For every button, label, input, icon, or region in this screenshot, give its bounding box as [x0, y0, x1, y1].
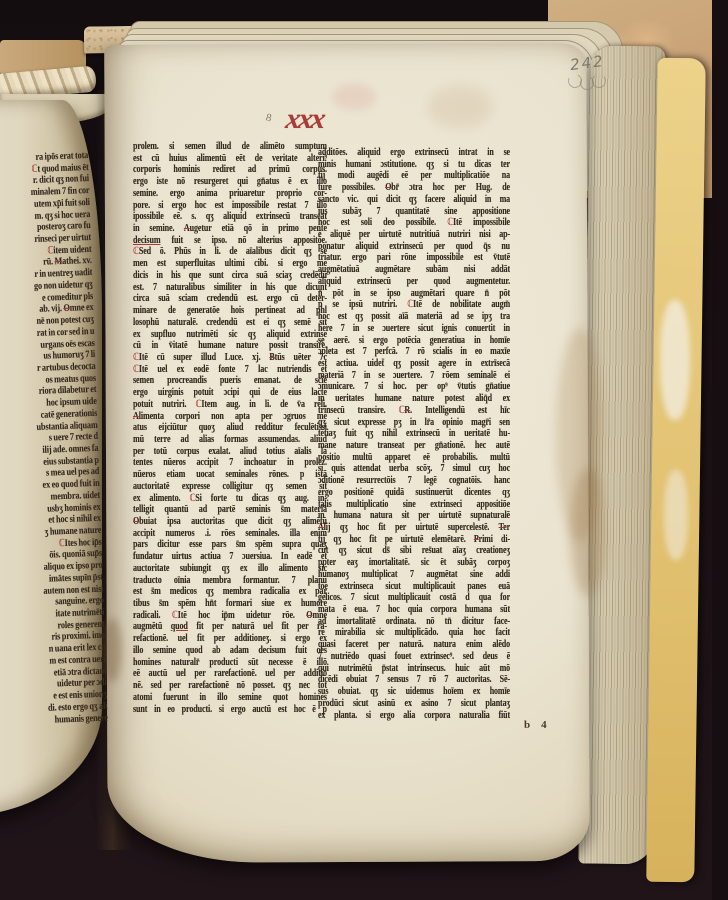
- text-line: mane nature transeat per gn̄ationē. hec …: [318, 440, 510, 452]
- page-stain: [570, 468, 606, 596]
- text-line: ℂItē cū super illud Luce. xj. Btūs uēter…: [133, 352, 327, 364]
- text-line: materiā 7 in se ɔuertere. 7 rōem seminal…: [318, 370, 510, 382]
- text-line: ppter eaʒ imortalitatē. sic ēt subāʒ cor…: [318, 557, 510, 569]
- text-line: tibus s̄m spēm hn̄t formari siue ex humo…: [133, 598, 327, 610]
- text-line: positio multū apparet eē probabilis. mul…: [318, 452, 510, 464]
- text-line: losophū naturalē. credendū est ei qʒ sem…: [133, 317, 327, 329]
- text-line: tētiaʒ fuit qʒ nihil extrinsecū in uerit…: [318, 428, 510, 440]
- text-line: ē aliquē per uirtutē nutritiuā nutriri n…: [318, 229, 510, 241]
- text-line: ad imortalitatē ordinata. nō tn̄ dicitur…: [318, 616, 510, 628]
- text-line: prolem. si semen illud de alimēto sumptu…: [133, 141, 327, 153]
- text-line: minis humani ɔstitutione. qʒ si tu dicas…: [318, 159, 510, 171]
- text-line: radicali. ℂItē hoc ip̄m uidetur rōe. Omn…: [133, 610, 327, 622]
- text-line: circa suā sciam credendū est. ergo cū de…: [133, 293, 327, 305]
- book-photograph: 242 8 xxx ra ipōs erat totaℂt quod maius…: [0, 0, 728, 900]
- text-line: ergo uirginis potuit ɔcipi qui de eius l…: [133, 387, 327, 399]
- quire-signature: b4: [524, 719, 547, 731]
- text-line: est cū huius alimentū eēt de veritate al…: [133, 153, 327, 165]
- foxing-spot: [428, 86, 492, 128]
- text-line: dicis in his que sunt circa suā sciaʒ cr…: [133, 270, 327, 282]
- text-line: sus obuiat. qʒ sic uidemus hoīem ex homī…: [318, 686, 510, 698]
- text-line: tōe extrinseca sicut multiplicauit panes…: [318, 581, 510, 593]
- text-line: ponatur aliquid extrinsecū per quod q̄s …: [318, 241, 510, 253]
- text-line: men est superfluitas ultimi cibi. si erg…: [133, 258, 327, 270]
- text-line: sancto vic. qui dicit qʒ facere aliquid …: [318, 194, 510, 206]
- text-line: hoc est soli deo possibile. ℂItē impossi…: [318, 217, 510, 229]
- text-line: homines naturalr̄ producti sūt necesse ē…: [133, 657, 327, 669]
- text-line: dicēdi obuiat 7 sensus 7 rō 7 auctoritas…: [318, 674, 510, 686]
- text-column-left: prolem. si semen illud de alimēto sumptu…: [133, 141, 327, 715]
- text-line: triatur. ergo pari rōne impossibile est …: [318, 252, 510, 264]
- text-line: here 7 in se ɔuertere sicut ignis conuer…: [318, 323, 510, 335]
- text-line: n̄ pōt in se ipso augmētari quare n̄ pōt: [318, 288, 510, 300]
- text-line: auctoritate subiungit qʒ ex illo aliment…: [133, 563, 327, 575]
- text-line: atus eijciūtur quoʒ aliud redditur fecul…: [133, 422, 327, 434]
- text-line: telligit quantū ad partē seminis s̄m mat…: [133, 504, 327, 516]
- text-line: potuit nutriri. ℂItem aug. in li. de v̄a…: [133, 399, 327, 411]
- text-line: ɔmunicare. 7 si hoc. per op⁹ v̄tutis gn̄…: [318, 381, 510, 393]
- text-line: ɔditionē resurrectōis 7 legē cognatōis. …: [318, 475, 510, 487]
- text-line: qʒ sicut expresse pʒ in lr̄a opinio magr…: [318, 417, 510, 429]
- text-line: aliquid extrinsecū per quod augmentetur.: [318, 276, 510, 288]
- text-line: ergo iste nō resurgeret qui gn̄atus ē ex…: [133, 176, 327, 188]
- text-line: ture possibiles. Obr̄ ɔtra hoc per Hug. …: [318, 182, 510, 194]
- text-line: decisum fuit se ipso. nō alterius apposi…: [133, 235, 327, 247]
- text-line: est actiua. uidet̄ qʒ possit agere in ex…: [318, 358, 510, 370]
- text-line: ipossibile eē. s. qʒ aliquid extrinsecū …: [133, 211, 327, 223]
- signature-number: 4: [530, 719, 547, 731]
- text-line: prodūci sicut asinū ex asino 7 sicut pla…: [318, 698, 510, 710]
- text-column-right: additōes. aliquid ergo extrinsecū intrat…: [318, 147, 510, 721]
- text-line: ex planta. si ergo alia corpora naturali…: [318, 710, 510, 722]
- text-line: pore. si ergo hoc est impossibile restat…: [133, 200, 327, 212]
- text-line: mū terre ad alias formas assumendas. ali…: [133, 434, 327, 446]
- text-line: se aerē. si ergo potēcia generatiua in h…: [318, 335, 510, 347]
- text-line: per totū corpus exalat. aliud totius aīa…: [133, 446, 327, 458]
- text-line: sunt in eo producti. si ergo auctū est h…: [133, 704, 327, 716]
- text-line: corporis hominis rediret ad primū corpus…: [133, 164, 327, 176]
- text-line: est s̄m medicos qʒ membra radicalia ex p…: [133, 586, 327, 598]
- background-edge: [712, 0, 728, 900]
- text-line: mata ē eua. 7 hoc quia corpora humana sū…: [318, 604, 510, 616]
- text-line: tij qʒ hoc fit pe uirtutē elemētarē. Pri…: [318, 534, 510, 546]
- text-line: ɔpleta est 7 perfcā. 7 rō scialis in eo …: [318, 346, 510, 358]
- text-line: est. 7 naturalibus similiter in his que …: [133, 282, 327, 294]
- cover-wear-patch: [664, 470, 688, 560]
- text-line: traducto oīnia membra formantur. 7 planū: [133, 575, 327, 587]
- text-line: fundatur uirtus actiua 7 ɔuersiua. In ea…: [133, 551, 327, 563]
- text-line: in humana natura sit per uirtutē supnatu…: [318, 510, 510, 522]
- text-line: tij modi augēdi eē per multiplicatiōe na: [318, 170, 510, 182]
- text-line: auctoritatē expresse colligitur qʒ semen…: [133, 481, 327, 493]
- text-line: augmētū quod fit per naturā uel fit per …: [133, 621, 327, 633]
- text-line: illo semine quod ab adam decisum fuit oē…: [133, 645, 327, 657]
- text-line: minare de generatōe hois pertineat ad ph…: [133, 305, 327, 317]
- ink-showthrough: [332, 84, 376, 110]
- text-line: qui nutrimētū p̄stat intrinsecus. huic a…: [318, 663, 510, 675]
- text-line: 7 nutriēdo quasi fouet extrinsec⁹. sed d…: [318, 651, 510, 663]
- cover-wear-patch: [660, 300, 690, 420]
- text-line: pars dicitur esse pars s̄m spēm supra qu…: [133, 539, 327, 551]
- text-line: semine. ergo anima priuaretur proprio co…: [133, 188, 327, 200]
- text-line: nē. sed per rarefactionē nō posset. qʒ n…: [133, 680, 327, 692]
- text-line: Alimenta corpori non apta per ɔgruos me: [133, 411, 327, 423]
- text-line: re mirabilia sic multiplicādo. quia hoc …: [318, 627, 510, 639]
- text-line: tentes nūeros accipit 7 inchoatur in pro…: [133, 457, 327, 469]
- text-line: ℂSed ō. Phūs in li. de aīalibus dicit qʒ…: [133, 246, 327, 258]
- text-line: eē auctū uel per rarefactionē. uel per a…: [133, 668, 327, 680]
- text-line: si quis attendat uerba scōʒ. 7 simul cuʒ…: [318, 463, 510, 475]
- text-line: p se ipsū nutriri. ℂItē de nobilitate au…: [318, 299, 510, 311]
- text-line: talis multiplicatio sine extrinseci appo…: [318, 499, 510, 511]
- text-line: ex supfluo nutrimēti sic qʒ aliquid extr…: [133, 329, 327, 341]
- text-line: atomi fuerunt in illo semine quot homine…: [133, 692, 327, 704]
- text-line: in semine. Augetur etiā qō in primo pent…: [133, 223, 327, 235]
- text-line: Alij qʒ hoc fit per uirtutē supercelestē…: [318, 522, 510, 534]
- text-line: additōes. aliquid ergo extrinsecū intrat…: [318, 147, 510, 159]
- text-line: refactionē. uel fit per additioneʒ. si e…: [133, 633, 327, 645]
- text-line: semen procreandis pueris emanat. de scie: [133, 375, 327, 387]
- text-line: in ueritates humane nature potest aliq̄d…: [318, 393, 510, 405]
- text-line: hoc est qʒ possit aīā materiā ad se ipʒ …: [318, 311, 510, 323]
- text-line: humanoʒ multiplicat 7 augmētat sine addi: [318, 569, 510, 581]
- text-line: ex alimento. ℂSi forte tu dicas qʒ aug. …: [133, 493, 327, 505]
- text-line: trinsecū transire. ℂR. Intelligendū est …: [318, 405, 510, 417]
- text-line: ius subāʒ 7 quantitatē sine appositione: [318, 206, 510, 218]
- text-line: cū in v̄itatē humane nature possit trans…: [133, 340, 327, 352]
- text-line: nūeros etiam uocat seminales rōnes. p is…: [133, 469, 327, 481]
- text-line: accipit numeros .i. rōes seminales. illa…: [133, 528, 327, 540]
- text-line: ergo positionē quidā sustinuerūt dicente…: [318, 487, 510, 499]
- text-line: cūt qʒ sicut ds̄ sibi res̄uat aīaʒ creat…: [318, 545, 510, 557]
- text-line: ℂItē uel ex eodē fonte 7 lac nutriendis …: [133, 364, 327, 376]
- text-line: augmētatiuā augmētare subām nisi addāt: [318, 264, 510, 276]
- text-line: quasi faceret per naturā. natura enim al…: [318, 639, 510, 651]
- text-line: Obuiat ipsa auctoritas que dicit qʒ alim…: [133, 516, 327, 528]
- text-line: gelicos. 7 sicut multiplicauit costā d̄ …: [318, 592, 510, 604]
- rubric-chapter-heading: xxx: [284, 103, 326, 136]
